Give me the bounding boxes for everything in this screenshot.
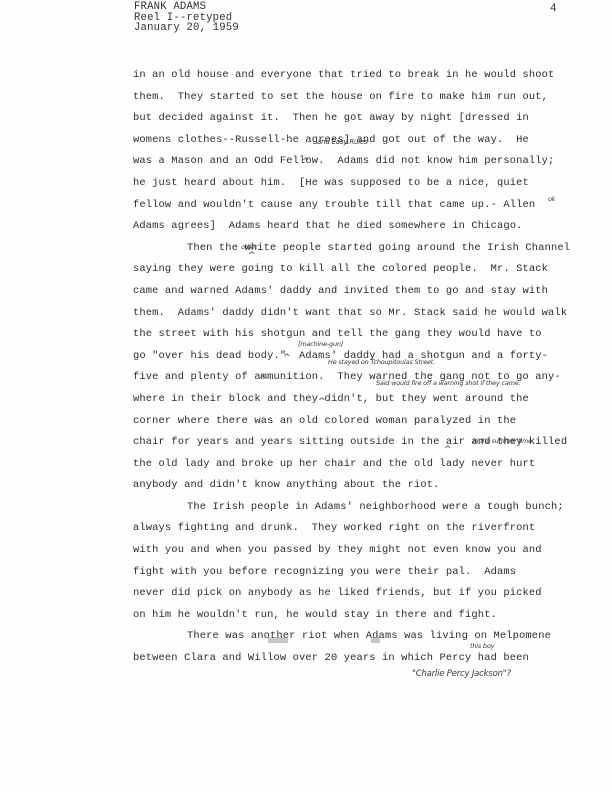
page-number: 4 bbox=[550, 3, 557, 15]
paragraph-start-line: There was another riot when Adams was li… bbox=[133, 626, 603, 648]
transcript-body: in an old house and everyone that tried … bbox=[133, 65, 603, 670]
insertion-caret-icon: ^ bbox=[302, 157, 310, 167]
text-line: saying they were going to kill all the c… bbox=[133, 259, 603, 281]
text-line: corner where there was an old colored wo… bbox=[133, 411, 603, 433]
text-line: them. Adams' daddy didn't want that so M… bbox=[133, 303, 603, 325]
strikethrough-mark bbox=[371, 637, 380, 643]
text-line: with you and when you passed by they mig… bbox=[133, 540, 603, 562]
insertion-caret-icon: ^ bbox=[444, 445, 452, 455]
handwritten-note-this-boy: this boy bbox=[470, 642, 494, 650]
insertion-caret-icon: ^ bbox=[283, 353, 291, 363]
handwritten-note-stack-address: He stayed on Tchoupitoulas Street. bbox=[328, 358, 435, 366]
document-page: FRANK ADAMS Reel I--retyped January 20, … bbox=[0, 0, 612, 792]
text-line: anybody and didn't know anything about t… bbox=[133, 475, 603, 497]
handwritten-note-summer-time: in the summer time bbox=[473, 438, 532, 445]
text-line: was a Mason and an Odd Fellow. Adams did… bbox=[133, 151, 603, 173]
text-line: fight with you before recognizing you we… bbox=[133, 562, 603, 584]
text-line: between Clara and Willow over 20 years i… bbox=[133, 648, 603, 670]
text-line: the street with his shotgun and tell the… bbox=[133, 324, 603, 346]
handwritten-note-bracket: [machine-gun] bbox=[298, 340, 343, 348]
text-line: always fighting and drunk. They worked r… bbox=[133, 518, 603, 540]
handwritten-note-allen: ok bbox=[548, 195, 555, 203]
text-line: five and plenty of ammunition. They warn… bbox=[133, 367, 603, 389]
text-line: in an old house and everyone that tried … bbox=[133, 65, 603, 87]
text-line: never did pick on anybody as he liked fr… bbox=[133, 583, 603, 605]
text-line: where in their block and they didn't, bu… bbox=[133, 389, 603, 411]
insertion-caret-icon: ^ bbox=[248, 251, 256, 261]
paragraph-start-line: Then the white people started going arou… bbox=[133, 238, 603, 260]
text-line: fellow and wouldn't cause any trouble ti… bbox=[133, 195, 603, 217]
text-line: womens clothes--Russell-he agrees] and g… bbox=[133, 130, 603, 152]
interviewee-name: FRANK ADAMS bbox=[134, 2, 239, 13]
text-line: the old lady and broke up her chair and … bbox=[133, 454, 603, 476]
handwritten-note-warning-shot: Said would fire off a warning shot if th… bbox=[376, 379, 520, 387]
text-line: them. They started to set the house on f… bbox=[133, 87, 603, 109]
strikethrough-mark bbox=[268, 637, 288, 643]
text-line: came and warned Adams' daddy and invited… bbox=[133, 281, 603, 303]
insertion-caret-icon: ^ bbox=[259, 375, 267, 385]
text-line: Adams agrees] Adams heard that he died s… bbox=[133, 216, 603, 238]
insertion-caret-icon: ^ bbox=[318, 397, 326, 407]
text-line: on him he wouldn't run, he would stay in… bbox=[133, 605, 603, 627]
handwritten-note-charlie-percy: "Charlie Percy Jackson"? bbox=[412, 669, 511, 679]
paragraph-start-line: The Irish people in Adams' neighborhood … bbox=[133, 497, 603, 519]
handwritten-note-white: other bbox=[241, 243, 257, 251]
interview-date: January 20, 1959 bbox=[134, 23, 239, 34]
handwritten-note-odd-fellow: and Easy Rules bbox=[317, 138, 368, 146]
text-line: chair for years and years sitting outsid… bbox=[133, 432, 603, 454]
document-header: FRANK ADAMS Reel I--retyped January 20, … bbox=[134, 2, 239, 34]
text-line: but decided against it. Then he got away… bbox=[133, 108, 603, 130]
text-line: he just heard about him. [He was suppose… bbox=[133, 173, 603, 195]
